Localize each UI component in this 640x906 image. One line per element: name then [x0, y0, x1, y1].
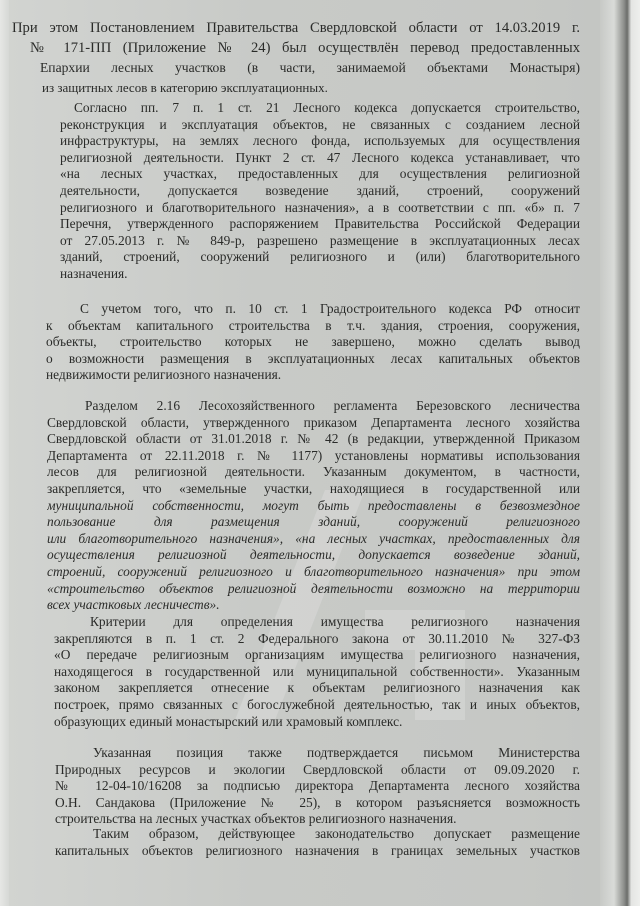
text-line: или благотворительного назначения», «на … [47, 531, 580, 548]
text-line: Согласно пп. 7 п. 1 ст. 21 Лесного кодек… [74, 100, 580, 117]
text-line: от 27.05.2013 г. № 849-р, разрешено разм… [60, 233, 580, 250]
paragraph-1: При этом Постановлением Правительства Св… [12, 19, 580, 97]
text-line: № 12-04-10/16208 за подписью директора Д… [55, 778, 580, 795]
text-line: капитальных объектов религиозного назнач… [55, 843, 580, 860]
paragraph-3: С учетом того, что п. 10 ст. 1 Градостро… [80, 301, 580, 384]
text-line: к объектам капитального строительства в … [46, 318, 580, 335]
page-left-edge [0, 0, 9, 906]
paragraph-5: Критерии для определения имущества религ… [54, 614, 580, 730]
text-line: Указанная позиция также подтверждается п… [93, 745, 580, 762]
text-line: Критерии для определения имущества религ… [90, 614, 580, 631]
text-line: закрепляются в п. 1 ст. 2 Федерального з… [54, 631, 580, 648]
text-line: «строительство объектов религиозной деят… [47, 581, 580, 598]
paragraph-7: Таким образом, действующее законодательс… [55, 826, 580, 859]
text-line: религиозной деятельности. Пункт 2 ст. 47… [60, 150, 580, 167]
text-line: находящегося в государственной или муниц… [54, 664, 580, 681]
text-line: Разделом 2.16 Лесохозяйственного регламе… [85, 398, 580, 415]
text-line: № 171-ПП (Приложение № 24) был осуществл… [30, 39, 580, 59]
text-line: муниципальной собственности, могут быть … [47, 498, 580, 515]
text-line: «на лесных участках, предоставленных для… [60, 166, 580, 183]
text-line: лесов для религиозной деятельности. Указ… [47, 464, 580, 481]
page-fold-shadow [600, 0, 640, 906]
text-line: религиозного и благотворительного назнач… [60, 200, 580, 217]
text-line: Епархии лесных участков (в части, занима… [40, 58, 580, 78]
text-line: о возможности размещения в эксплуатацион… [46, 351, 580, 368]
paragraph-6: Указанная позиция также подтверждается п… [55, 745, 580, 828]
text-line: строений, сооружений религиозного и благ… [47, 564, 580, 581]
text-line: Перечня, утвержденного распоряжением Пра… [60, 216, 580, 233]
text-line: объекты, строительство которых не заверш… [46, 334, 580, 351]
text-line: образующих единый монастырский или храмо… [54, 714, 580, 731]
text-line: Свердловской области, утвержденного прик… [47, 415, 580, 432]
text-line: закрепляется, что «земельные участки, на… [47, 481, 580, 498]
text-line: О.Н. Сандакова (Приложение № 25), в кото… [55, 795, 580, 812]
text-line: пользование для размещения зданий, соору… [47, 514, 580, 531]
text-line: Свердловской области от 31.01.2018 г. № … [47, 431, 580, 448]
text-line: С учетом того, что п. 10 ст. 1 Градостро… [80, 301, 580, 318]
text-line: Таким образом, действующее законодательс… [93, 826, 580, 843]
text-line: «О передаче религиозным организациям иму… [54, 647, 580, 664]
text-line: недвижимости религиозного назначения. [46, 367, 580, 384]
text-line: назначения. [60, 266, 580, 283]
text-line: инфраструктуры, на землях лесного фонда,… [60, 133, 580, 150]
text-line: Департамента от 22.11.2018 г. № 1177) ус… [47, 448, 580, 465]
text-line: При этом Постановлением Правительства Св… [12, 19, 580, 39]
paragraph-4: Разделом 2.16 Лесохозяйственного регламе… [47, 398, 580, 614]
text-line: деятельности, допускается возведение зда… [60, 183, 580, 200]
text-line: из защитных лесов в категорию эксплуатац… [42, 78, 580, 98]
text-line: построек, прямо связанных с богослужебно… [54, 697, 580, 714]
text-line: реконструкция и эксплуатация объектов, н… [60, 117, 580, 134]
text-line: осуществления религиозной деятельности, … [47, 547, 580, 564]
text-line: зданий, строений, сооружений религиозног… [60, 249, 580, 266]
paragraph-2: Согласно пп. 7 п. 1 ст. 21 Лесного кодек… [60, 100, 580, 283]
text-line: законом закрепляется отнесение к объекта… [54, 680, 580, 697]
text-line: Природных ресурсов и экологии Свердловск… [55, 762, 580, 779]
text-line: всех участковых лесничеств». [47, 597, 580, 614]
